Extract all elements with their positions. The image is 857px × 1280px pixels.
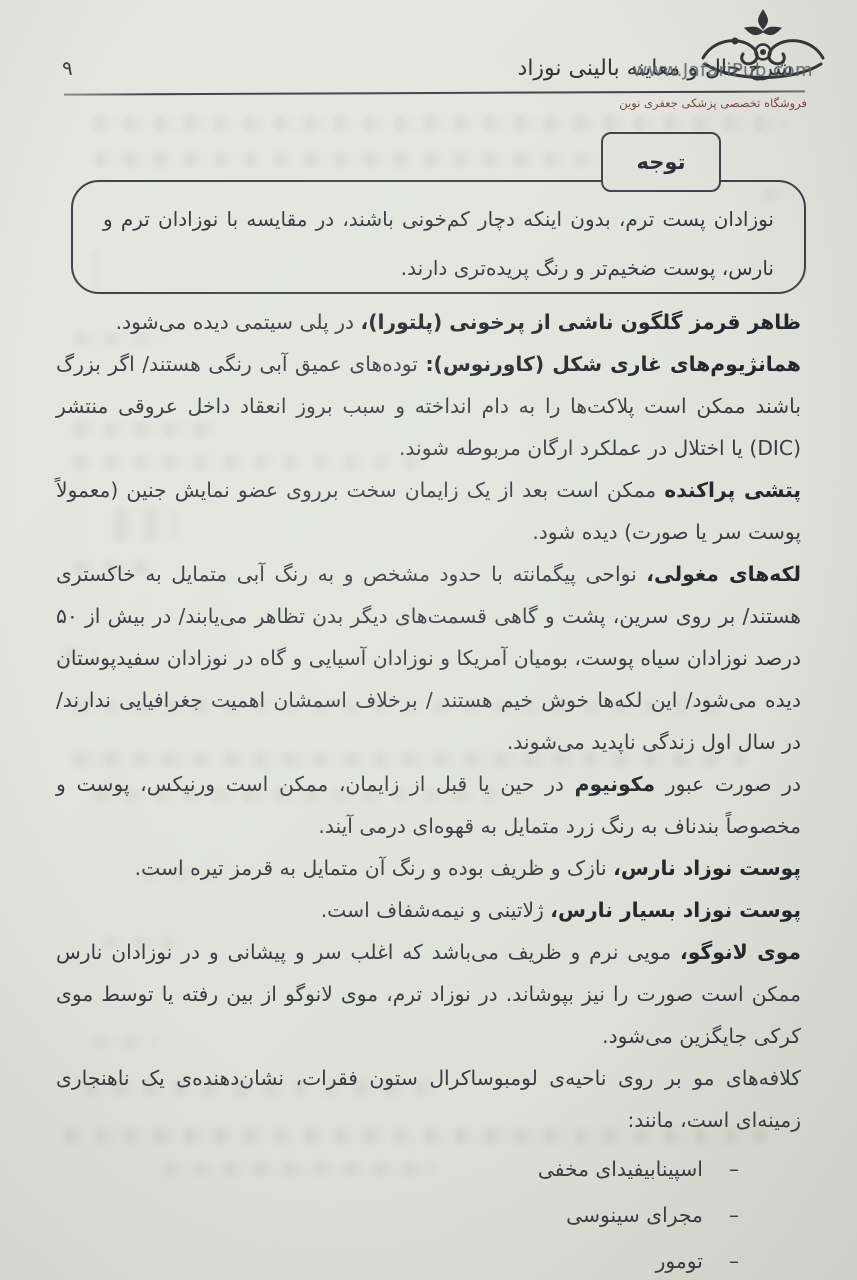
book-page-scan: { "colors": { "paper": "#e2e3dd", "ink":… [0,0,857,1280]
header-rule [64,90,805,95]
paragraph-very-preterm-skin: پوست نوزاد بسیار نارس، ژلاتینی و نیمه‌شف… [56,889,801,931]
paragraph-hair-tufts: کلافه‌های مو بر روی ناحیه‌ی لومبوساکرال … [56,1057,801,1141]
paragraph-mongolian-spots: لکه‌های مغولی، نواحی پیگمانته با حدود مش… [56,553,801,763]
list-item-label: اسپینابیفیدای مخفی [538,1146,703,1192]
list-item-label: تومور [656,1238,703,1280]
note-label: توجه [637,150,686,174]
list-item: – مجرای سینوسی [56,1192,739,1238]
paragraph-lanugo-hair: موی لانوگو، مویی نرم و ظریف می‌باشد که ا… [56,931,801,1057]
site-watermark: www.JafariPub.com [633,60,813,81]
list-item: – اسپینابیفیدای مخفی [56,1146,739,1192]
paragraph-meconium: در صورت عبور مکونیوم در حین یا قبل از زا… [56,763,801,847]
bullet-dash: – [729,1146,739,1192]
list-item-label: مجرای سینوسی [566,1192,703,1238]
paragraph-petechiae: پتشی پراکنده ممکن است بعد از یک زایمان س… [56,469,801,553]
anomaly-list: – اسپینابیفیدای مخفی – مجرای سینوسی – تو… [56,1146,801,1280]
bleed-through-artifact [90,152,607,167]
body-text: ظاهر قرمز گلگون ناشی از پرخونی (پلتورا)،… [56,301,801,1280]
bullet-dash: – [729,1238,739,1280]
list-item: – تومور [56,1238,739,1280]
store-caption-watermark: فروشگاه تخصصی پزشکی جعفری نوین [619,96,807,110]
paragraph-preterm-skin: پوست نوزاد نارس، نازک و ظریف بوده و رنگ … [56,847,801,889]
bleed-through-artifact [90,116,787,131]
note-callout-box: نوزادان پست ترم، بدون اینکه دچار کم‌خونی… [71,180,806,294]
page-number: ۹ [62,56,73,80]
note-label-tab: توجه [601,132,721,192]
note-text: نوزادان پست ترم، بدون اینکه دچار کم‌خونی… [73,182,804,293]
paragraph-plethora: ظاهر قرمز گلگون ناشی از پرخونی (پلتورا)،… [56,301,801,343]
paragraph-cavernous-hemangioma: همانژیوم‌های غاری شکل (کاورنوس): توده‌ها… [56,343,801,469]
bullet-dash: – [729,1192,739,1238]
